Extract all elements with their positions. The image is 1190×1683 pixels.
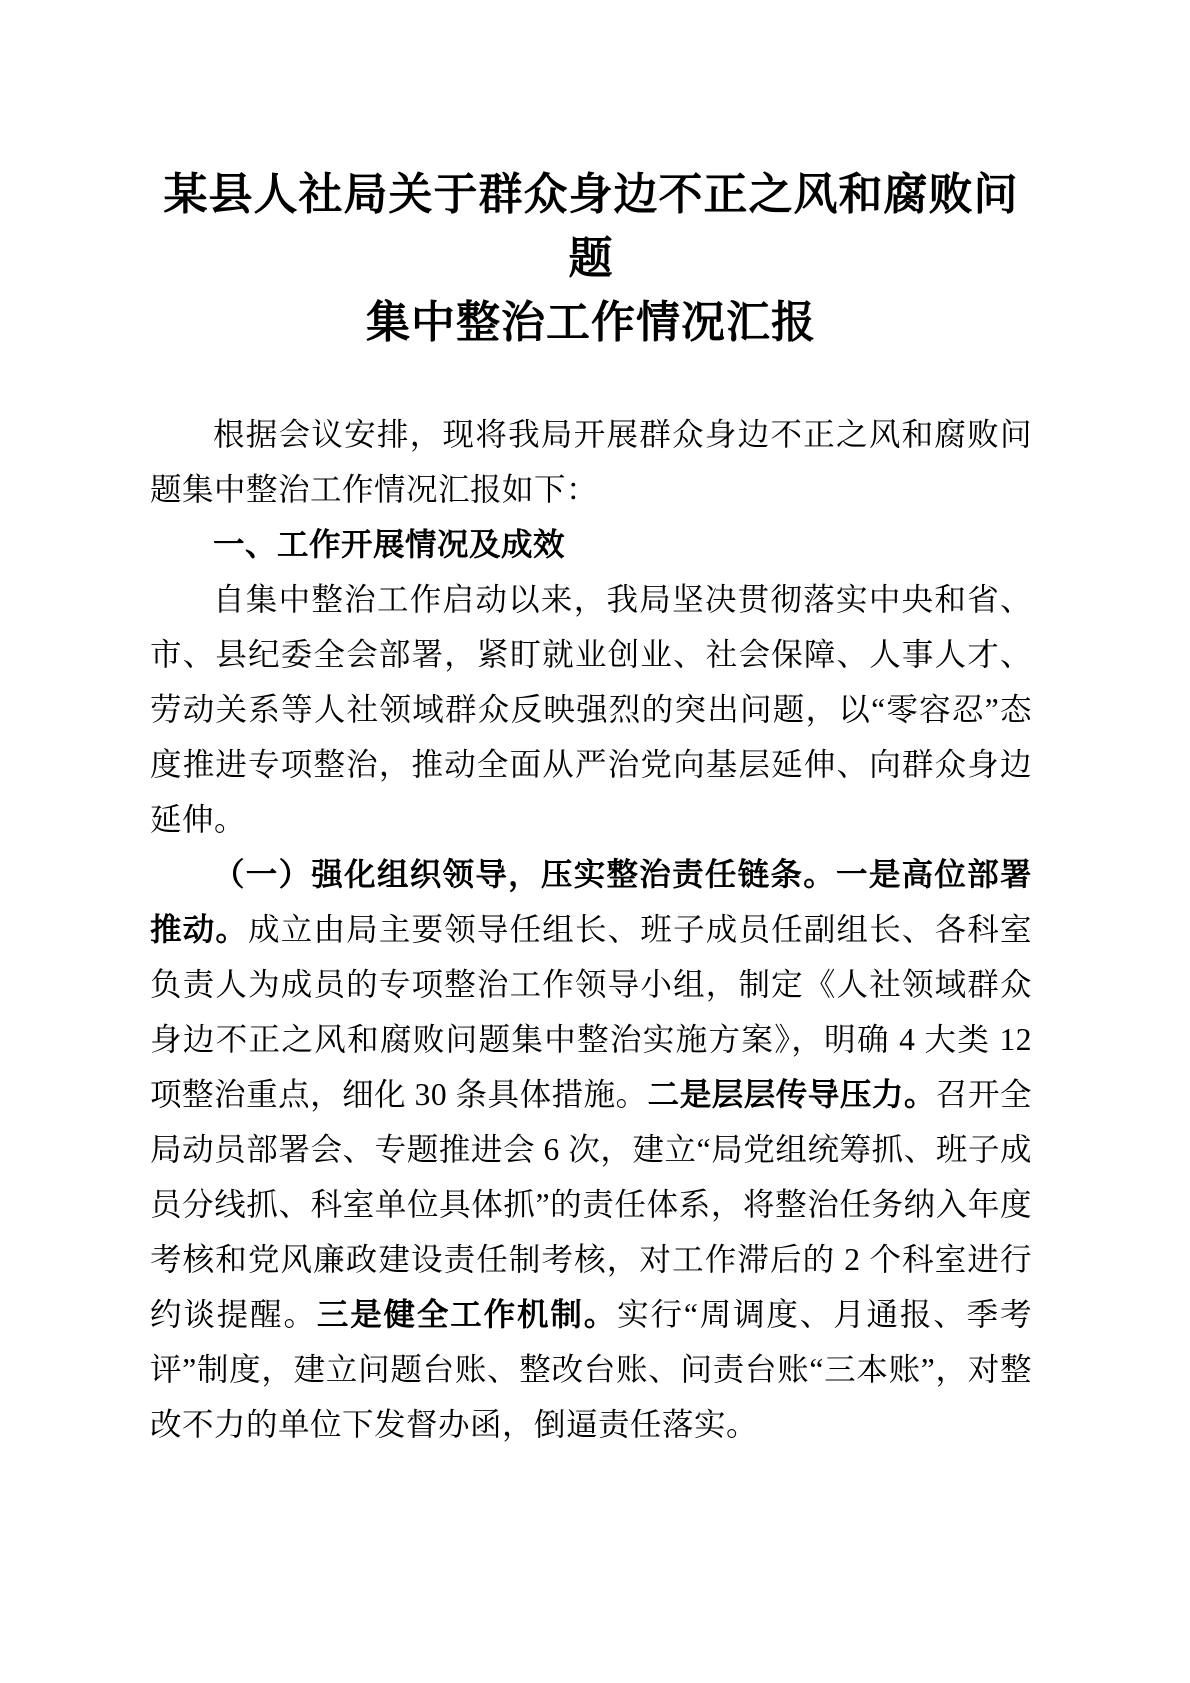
document-title-line-1: 某县人社局关于群众身边不正之风和腐败问题 bbox=[150, 163, 1032, 291]
document-page: 某县人社局关于群众身边不正之风和腐败问题 集中整治工作情况汇报 根据会议安排，现… bbox=[0, 0, 1190, 1683]
document-title: 某县人社局关于群众身边不正之风和腐败问题 集中整治工作情况汇报 bbox=[150, 163, 1032, 355]
subsection-1-lead-sentence: （一）强化组织领导，压实整治责任链条。 bbox=[213, 857, 836, 892]
subsection-1-point-2-label: 二是层层传导压力。 bbox=[648, 1077, 936, 1112]
subsection-1-point-2-text: 召开全局动员部署会、专题推进会 6 次，建立“局党组统筹抓、班子成员分线抓、科室… bbox=[150, 1077, 1032, 1332]
subsection-1-point-3-label: 三是健全工作机制。 bbox=[317, 1297, 617, 1332]
section-1-subsection-1-paragraph: （一）强化组织领导，压实整治责任链条。一是高位部署推动。成立由局主要领导任组长、… bbox=[150, 847, 1032, 1452]
document-title-line-2: 集中整治工作情况汇报 bbox=[150, 291, 1032, 355]
intro-paragraph: 根据会议安排，现将我局开展群众身边不正之风和腐败问题集中整治工作情况汇报如下： bbox=[150, 407, 1032, 517]
section-1-paragraph-1: 自集中整治工作启动以来，我局坚决贯彻落实中央和省、市、县纪委全会部署，紧盯就业创… bbox=[150, 572, 1032, 847]
section-1-heading: 一、工作开展情况及成效 bbox=[150, 517, 1032, 572]
